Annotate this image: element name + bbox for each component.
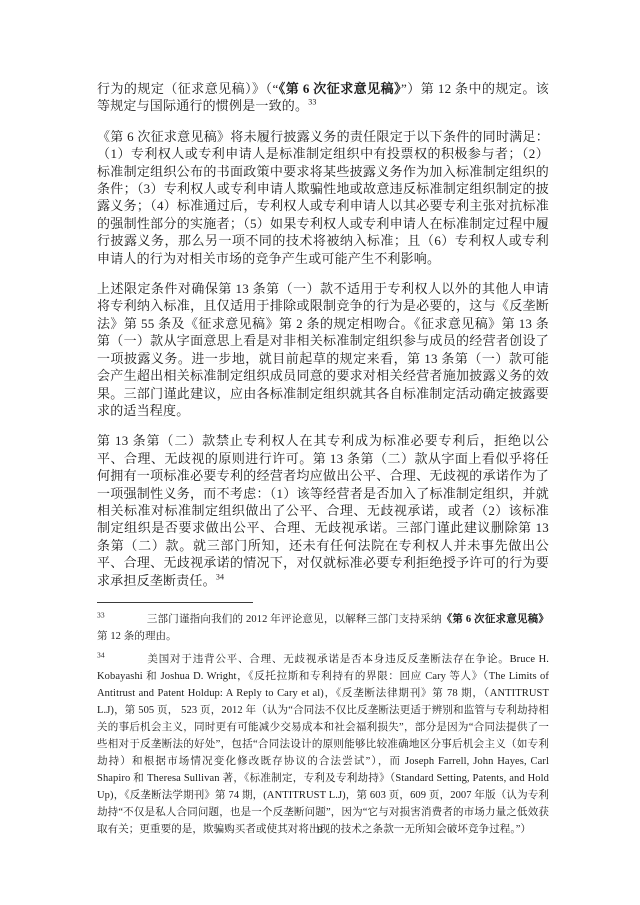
defined-term-bold: 《第 6 次征求意见稿》 (442, 614, 549, 625)
footnote-marker-33: 33 (97, 610, 105, 619)
footnote-text: 美国对于违背公平、合理、无歧视承诺是否本身违反反垄断法存在争论。Bruce H.… (97, 654, 549, 835)
footnotes-section: 33三部门谨指向我们的 2012 年评论意见，以解释三部门支持采纳《第 6 次征… (97, 611, 549, 838)
footnote-text: 第 12 条的理由。 (97, 631, 177, 642)
paragraph-4: 第 13 条第（二）款禁止专利权人在其专利成为标准必要专利后，拒绝以公平、合理、… (97, 432, 549, 589)
paragraph-3: 上述限定条件对确保第 13 条第（一）款不适用于专利权人以外的其他人申请将专利纳… (97, 280, 549, 419)
paragraph-text: 行为的规定（征求意见稿）》（“ (97, 81, 278, 96)
paragraph-2: 《第 6 次征求意见稿》将未履行披露义务的责任限定于以下条件的同时满足：（1）专… (97, 128, 549, 267)
footnote-separator (97, 602, 253, 603)
paragraph-1: 行为的规定（征求意见稿）》（“《第 6 次征求意见稿》”）第 12 条中的规定。… (97, 80, 549, 115)
footnote-reference-33: 33 (308, 98, 316, 107)
defined-term-bold: 《第 6 次征求意见稿》 (278, 81, 401, 96)
footnote-text: 三部门谨指向我们的 2012 年评论意见，以解释三部门支持采纳 (147, 614, 442, 625)
paragraph-text: 第 13 条第（二）款禁止专利权人在其专利成为标准必要专利后，拒绝以公平、合理、… (97, 433, 549, 587)
document-body: 行为的规定（征求意见稿）》（“《第 6 次征求意见稿》”）第 12 条中的规定。… (97, 80, 549, 589)
footnote-reference-34: 34 (216, 572, 224, 581)
footnote-marker-34: 34 (97, 650, 105, 659)
page-number: 8 (0, 824, 640, 836)
footnote-34: 34美国对于违背公平、合理、无歧视承诺是否本身违反反垄断法存在争论。Bruce … (97, 651, 549, 838)
footnote-33: 33三部门谨指向我们的 2012 年评论意见，以解释三部门支持采纳《第 6 次征… (97, 611, 549, 645)
document-page: 行为的规定（征求意见稿）》（“《第 6 次征求意见稿》”）第 12 条中的规定。… (0, 0, 640, 905)
